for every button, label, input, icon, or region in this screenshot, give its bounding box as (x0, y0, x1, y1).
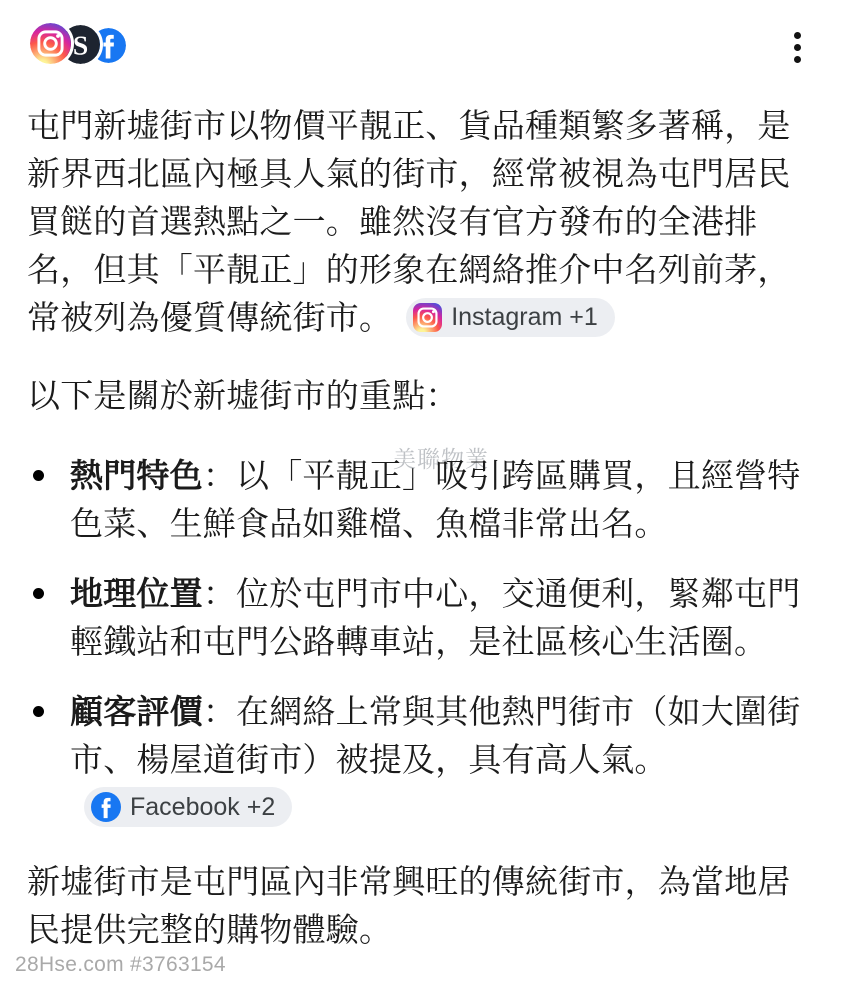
more-options-button[interactable] (786, 24, 809, 71)
instagram-favicon-icon[interactable] (27, 20, 74, 67)
answer-page: S 屯門新墟街市以物價平靚正、貨品種類繁多著稱，是新界西北區內極具人氣的街市，經… (0, 0, 851, 954)
instagram-icon (30, 23, 71, 64)
source-watermark: 28Hse.com #3763154 (15, 953, 226, 977)
bullet-colon: ： (203, 693, 236, 730)
instagram-icon (413, 303, 442, 332)
list-item-features: 熱門特色：以「平靚正」吸引跨區購買，且經營特色菜、生鮮食品如雞檔、魚檔非常出名。 (27, 452, 823, 548)
intro-text: 屯門新墟街市以物價平靚正、貨品種類繁多著稱，是新界西北區內極具人氣的街市，經常被… (27, 107, 791, 336)
header: S (27, 20, 823, 70)
source-favicons[interactable]: S (27, 20, 129, 67)
bullet-dot-icon (33, 588, 44, 599)
bullet-dot-icon (33, 470, 44, 481)
facebook-icon (91, 792, 121, 822)
dot (794, 32, 801, 39)
citation-chip-facebook[interactable]: Facebook +2 (84, 787, 292, 827)
bullet-term: 顧客評價 (70, 693, 203, 730)
intro-paragraph: 屯門新墟街市以物價平靚正、貨品種類繁多著稱，是新界西北區內極具人氣的街市，經常被… (27, 102, 823, 342)
citation-chip-instagram[interactable]: Instagram +1 (406, 298, 615, 337)
list-item-reviews: 顧客評價：在網絡上常與其他熱門街市（如大圍街市、楊屋道街市）被提及，具有高人氣。… (27, 688, 823, 832)
bullet-colon: ： (203, 575, 236, 612)
citation-label: Instagram +1 (451, 303, 598, 332)
highlights-list: 熱門特色：以「平靚正」吸引跨區購買，且經營特色菜、生鮮食品如雞檔、魚檔非常出名。… (27, 452, 823, 832)
bullet-term: 熱門特色 (70, 457, 203, 494)
bullet-colon: ： (203, 457, 236, 494)
bullet-dot-icon (33, 706, 44, 717)
list-item-location: 地理位置：位於屯門市中心，交通便利，緊鄰屯門輕鐵站和屯門公路轉車站，是社區核心生… (27, 570, 823, 666)
s-letter: S (73, 29, 88, 60)
bullet-term: 地理位置 (70, 575, 203, 612)
dot (794, 56, 801, 63)
citation-label: Facebook +2 (130, 793, 275, 822)
section-heading: 以下是關於新墟街市的重點： (27, 372, 823, 420)
dot (794, 44, 801, 51)
closing-paragraph: 新墟街市是屯門區內非常興旺的傳統街市，為當地居民提供完整的購物體驗。 (27, 858, 823, 954)
